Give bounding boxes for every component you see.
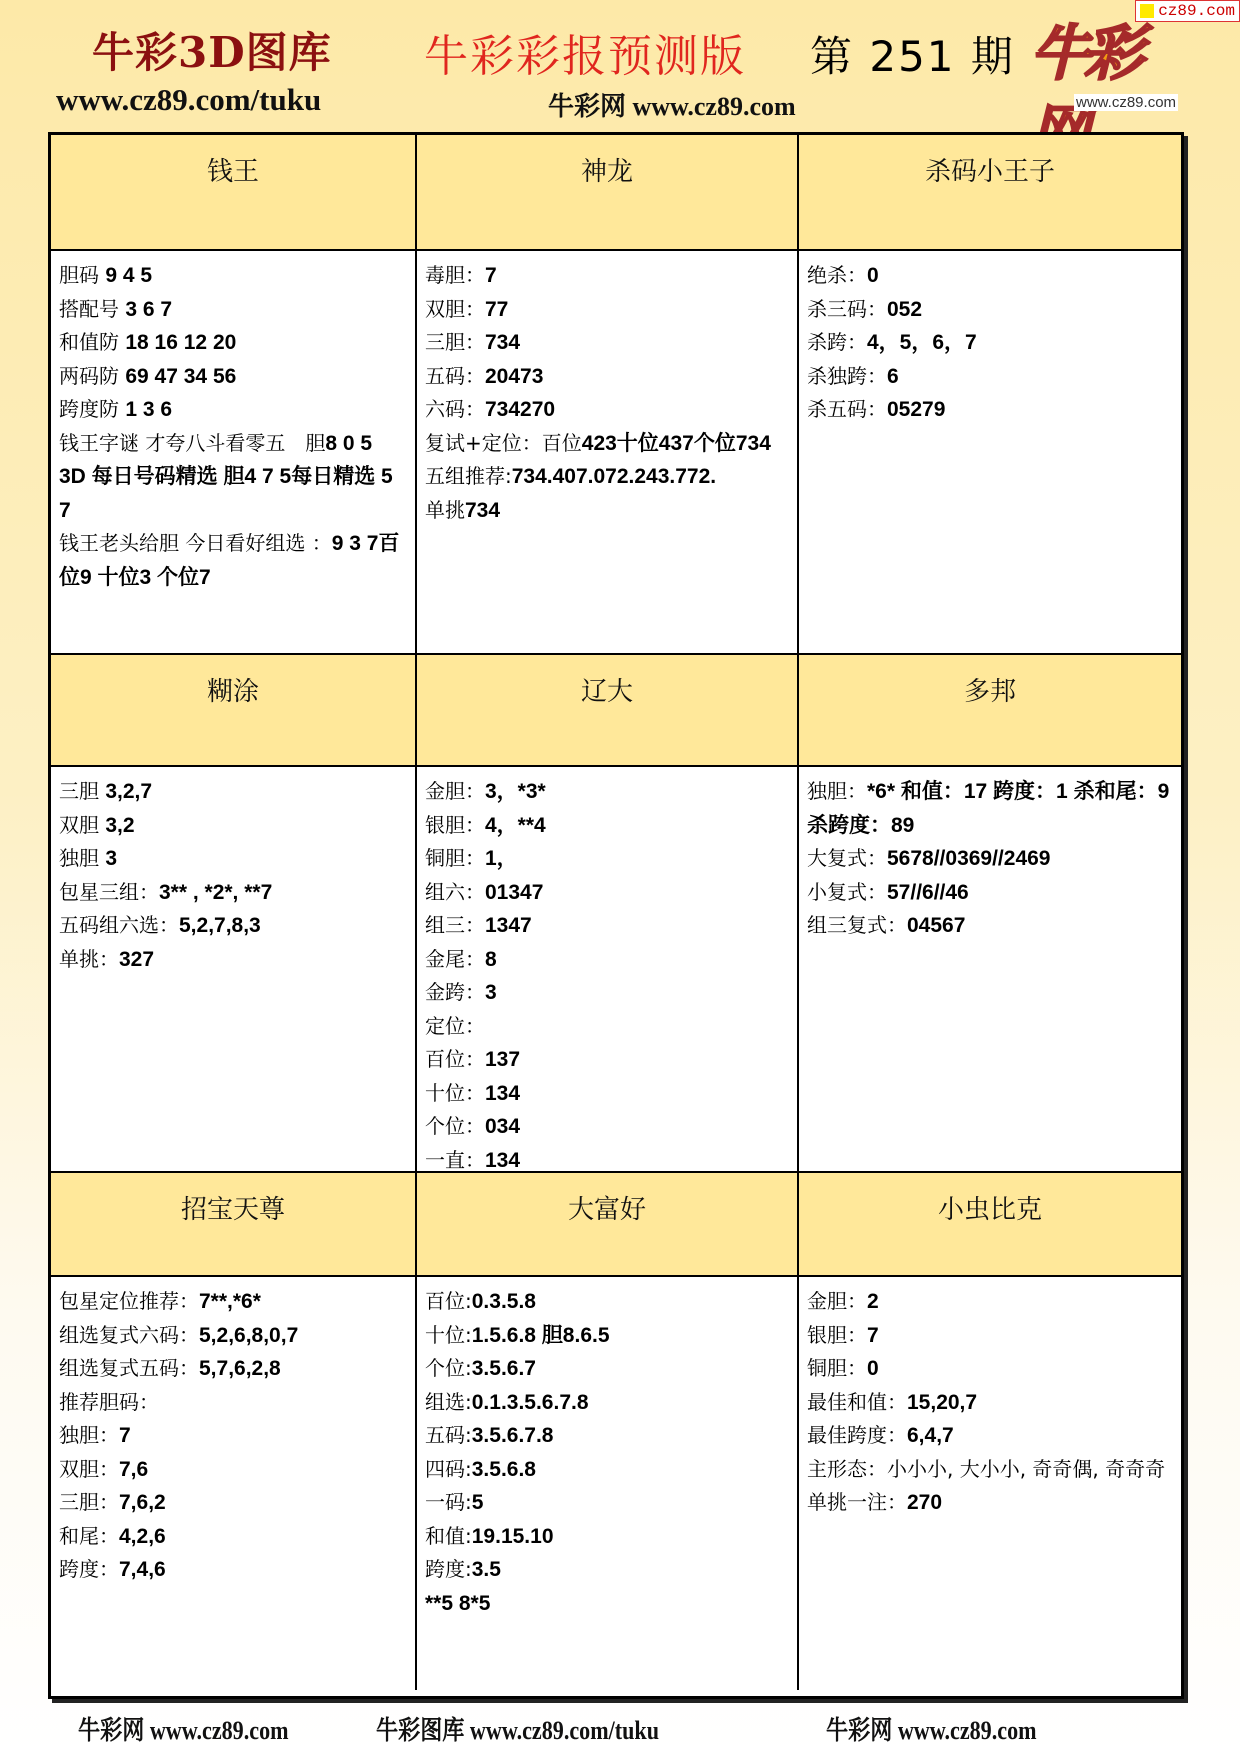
prediction-line: 和尾：4,2,6	[59, 1520, 409, 1554]
prediction-line: 百位：137	[425, 1043, 791, 1077]
prediction-label: 百位:	[425, 1289, 472, 1313]
prediction-value: 734270	[485, 398, 555, 421]
prediction-value: 05279	[887, 398, 945, 421]
prediction-value: 327	[119, 948, 154, 971]
prediction-line: 双胆：77	[425, 293, 791, 327]
table-body-row: 三胆 3,2,7双胆 3,2独胆 3包星三组：3** , *2*, **7五码组…	[51, 767, 1181, 1173]
prediction-label: 三胆	[59, 779, 105, 803]
prediction-line: 双胆 3,2	[59, 809, 409, 843]
prediction-label: 跨度:	[425, 1557, 472, 1581]
prediction-label: 独胆：	[807, 779, 867, 803]
page-header: 牛彩3D图库 www.cz89.com/tuku 牛彩彩报预测版 牛彩网 www…	[0, 0, 1240, 125]
expert-name: 辽大	[417, 671, 797, 708]
expert-name: 糊涂	[51, 671, 415, 708]
prediction-value: **5 8*5	[425, 1592, 490, 1615]
issue-number: 第 251 期	[810, 24, 1015, 84]
prediction-value: 3.5.6.7.8	[472, 1424, 554, 1447]
prediction-value: 5	[472, 1491, 484, 1514]
prediction-value: 4,2,6	[119, 1525, 166, 1548]
expert-name: 小虫比克	[799, 1189, 1181, 1226]
prediction-value: 423十位437个位734	[582, 432, 771, 455]
prediction-label: 胆码	[59, 263, 105, 287]
prediction-label: 五码组六选：	[59, 913, 179, 937]
brand-url-link[interactable]: www.cz89.com/tuku	[56, 82, 321, 118]
prediction-table: 钱王 神龙 杀码小王子 胆码 9 4 5搭配号 3 6 7和值防 18 16 1…	[48, 132, 1184, 1699]
prediction-label: 单挑：	[59, 947, 119, 971]
prediction-value: 7,6	[119, 1458, 148, 1481]
prediction-value: 1347	[485, 914, 532, 937]
prediction-value: 20473	[485, 365, 543, 388]
prediction-line: 和值:19.15.10	[425, 1520, 791, 1554]
prediction-value: 8	[485, 948, 497, 971]
prediction-line: 和值防 18 16 12 20	[59, 326, 409, 360]
prediction-cell: 独胆：*6* 和值：17 跨度：1 杀和尾：9 杀跨度：89大复式：5678//…	[799, 767, 1181, 1173]
prediction-label: 十位:	[425, 1323, 472, 1347]
prediction-value: 8 0 5	[325, 432, 372, 455]
prediction-label: 独胆：	[59, 1423, 119, 1447]
prediction-line: 组选复式六码：5,2,6,8,0,7	[59, 1319, 409, 1353]
footer-link-right[interactable]: 牛彩网 www.cz89.com	[826, 1710, 1037, 1747]
prediction-line: 定位：	[425, 1010, 791, 1044]
page-footer: 牛彩网 www.cz89.com 牛彩图库 www.cz89.com/tuku …	[0, 1700, 1240, 1754]
prediction-line: 绝杀：0	[807, 259, 1175, 293]
prediction-cell: 百位:0.3.5.8十位:1.5.6.8 胆8.6.5个位:3.5.6.7组选:…	[417, 1277, 799, 1690]
prediction-line: 钱王老头给胆 今日看好组选 ：9 3 7百位9 十位3 个位7	[59, 527, 409, 594]
column-header: 大富好	[417, 1173, 799, 1277]
prediction-line: 3D 每日号码精选 胆4 7 5每日精选 5 7	[59, 460, 409, 527]
prediction-line: 小复式：57//6//46	[807, 876, 1175, 910]
prediction-line: 组三：1347	[425, 909, 791, 943]
prediction-line: 跨度防 1 3 6	[59, 393, 409, 427]
prediction-value: 5678//0369//2469	[887, 847, 1051, 870]
prediction-value: 5,2,6,8,0,7	[199, 1324, 298, 1347]
prediction-value: 7,4,6	[119, 1558, 166, 1581]
prediction-value: 3	[105, 847, 117, 870]
prediction-value: 1.5.6.8 胆8.6.5	[472, 1324, 610, 1347]
prediction-value: 7,6,2	[119, 1491, 166, 1514]
prediction-label: 定位：	[425, 1014, 485, 1038]
prediction-value: 734	[465, 499, 500, 522]
prediction-label: 毒胆：	[425, 263, 485, 287]
prediction-line: 两码防 69 47 34 56	[59, 360, 409, 394]
prediction-line: 组六：01347	[425, 876, 791, 910]
prediction-value: 3,2,7	[105, 780, 152, 803]
expert-name: 招宝天尊	[51, 1189, 415, 1226]
table-body-row: 胆码 9 4 5搭配号 3 6 7和值防 18 16 12 20两码防 69 4…	[51, 251, 1181, 655]
watermark-badge: cz89.com	[1135, 0, 1240, 22]
prediction-label: 双胆：	[59, 1457, 119, 1481]
prediction-label: 四码:	[425, 1457, 472, 1481]
prediction-line: 推荐胆码：	[59, 1386, 409, 1420]
prediction-label: 组选:	[425, 1390, 472, 1414]
prediction-label: 搭配号	[59, 297, 125, 321]
prediction-label: 组三复式：	[807, 913, 907, 937]
prediction-label: 单挑	[425, 498, 465, 522]
column-header: 辽大	[417, 655, 799, 767]
table-header-row: 钱王 神龙 杀码小王子	[51, 135, 1181, 251]
prediction-label: 跨度：	[59, 1557, 119, 1581]
prediction-line: 三胆：734	[425, 326, 791, 360]
brand-title: 牛彩3D图库	[92, 20, 332, 80]
prediction-label: 杀跨：	[807, 330, 867, 354]
prediction-label: 双胆：	[425, 297, 485, 321]
prediction-value: 77	[485, 298, 508, 321]
prediction-line: 十位：134	[425, 1077, 791, 1111]
prediction-value: 4，5，6，7	[867, 331, 977, 354]
prediction-line: 最佳跨度：6,4,7	[807, 1419, 1175, 1453]
prediction-label: 最佳跨度：	[807, 1423, 907, 1447]
prediction-cell: 毒胆：7双胆：77三胆：734五码：20473六码：734270复试+定位：百位…	[417, 251, 799, 655]
prediction-label: 百位：	[425, 1047, 485, 1071]
prediction-label: 一码:	[425, 1490, 472, 1514]
prediction-line: 五码组六选：5,2,7,8,3	[59, 909, 409, 943]
footer-link-middle[interactable]: 牛彩图库 www.cz89.com/tuku	[376, 1710, 659, 1747]
prediction-label: 跨度防	[59, 397, 125, 421]
prediction-line: 银胆：7	[807, 1319, 1175, 1353]
prediction-label: 大复式：	[807, 846, 887, 870]
prediction-line: 单挑：327	[59, 943, 409, 977]
prediction-value: 57//6//46	[887, 881, 969, 904]
prediction-line: 杀跨：4，5，6，7	[807, 326, 1175, 360]
prediction-value: 137	[485, 1048, 520, 1071]
column-header: 多邦	[799, 655, 1181, 767]
logo-url: www.cz89.com	[1074, 94, 1178, 111]
prediction-value: 3** , *2*, **7	[159, 881, 272, 904]
prediction-cell: 金胆：3，*3*银胆：4，**4铜胆：1，组六：01347组三：1347金尾：8…	[417, 767, 799, 1173]
prediction-line: 毒胆：7	[425, 259, 791, 293]
prediction-line: 三胆 3,2,7	[59, 775, 409, 809]
column-header: 糊涂	[51, 655, 417, 767]
prediction-value: 3.5.6.7	[472, 1357, 536, 1380]
prediction-line: 包星定位推荐：7**,*6*	[59, 1285, 409, 1319]
prediction-value: 0	[867, 264, 879, 287]
prediction-label: 双胆	[59, 813, 105, 837]
prediction-line: 杀五码：05279	[807, 393, 1175, 427]
prediction-value: 134	[485, 1082, 520, 1105]
expert-name: 钱王	[51, 151, 415, 188]
prediction-label: 五码:	[425, 1423, 472, 1447]
column-header: 小虫比克	[799, 1173, 1181, 1277]
prediction-line: 大复式：5678//0369//2469	[807, 842, 1175, 876]
prediction-label: 最佳和值：	[807, 1390, 907, 1414]
prediction-value: 034	[485, 1115, 520, 1138]
prediction-label: 和值防	[59, 330, 125, 354]
prediction-value: 18 16 12 20	[125, 331, 236, 354]
column-header: 招宝天尊	[51, 1173, 417, 1277]
prediction-value: 1 3 6	[125, 398, 172, 421]
prediction-line: 跨度：7,4,6	[59, 1553, 409, 1587]
prediction-line: **5 8*5	[425, 1587, 791, 1621]
prediction-value: 7	[119, 1424, 131, 1447]
prediction-cell: 包星定位推荐：7**,*6*组选复式六码：5,2,6,8,0,7组选复式五码：5…	[51, 1277, 417, 1690]
prediction-value: 3，*3*	[485, 780, 546, 803]
prediction-line: 胆码 9 4 5	[59, 259, 409, 293]
prediction-line: 独胆：7	[59, 1419, 409, 1453]
prediction-line: 搭配号 3 6 7	[59, 293, 409, 327]
prediction-line: 单挑734	[425, 494, 791, 528]
prediction-cell: 金胆：2银胆：7铜胆：0最佳和值：15,20,7最佳跨度：6,4,7主形态：小小…	[799, 1277, 1181, 1690]
prediction-line: 杀独跨：6	[807, 360, 1175, 394]
prediction-label: 两码防	[59, 364, 125, 388]
prediction-label: 杀独跨：	[807, 364, 887, 388]
prediction-label: 一直：	[425, 1148, 485, 1172]
prediction-line: 包星三组：3** , *2*, **7	[59, 876, 409, 910]
prediction-label: 独胆	[59, 846, 105, 870]
prediction-line: 复试+定位：百位423十位437个位734	[425, 427, 791, 461]
prediction-line: 双胆：7,6	[59, 1453, 409, 1487]
prediction-value: 6	[887, 365, 899, 388]
table-header-row: 招宝天尊 大富好 小虫比克	[51, 1173, 1181, 1277]
prediction-label: 银胆：	[425, 813, 485, 837]
prediction-value: 3	[485, 981, 497, 1004]
prediction-line: 百位:0.3.5.8	[425, 1285, 791, 1319]
prediction-label: 复试+定位：百位	[425, 431, 582, 455]
prediction-line: 五码:3.5.6.7.8	[425, 1419, 791, 1453]
prediction-value: 3.5.6.8	[472, 1458, 536, 1481]
prediction-line: 金跨：3	[425, 976, 791, 1010]
prediction-line: 一直：134	[425, 1144, 791, 1178]
prediction-label: 十位：	[425, 1081, 485, 1105]
prediction-value: 052	[887, 298, 922, 321]
footer-link-left[interactable]: 牛彩网 www.cz89.com	[78, 1710, 289, 1747]
prediction-value: 270	[907, 1491, 942, 1514]
prediction-line: 组选复式五码：5,7,6,2,8	[59, 1352, 409, 1386]
prediction-line: 五码：20473	[425, 360, 791, 394]
column-header: 杀码小王子	[799, 135, 1181, 251]
prediction-value: 69 47 34 56	[125, 365, 236, 388]
prediction-label: 三胆：	[59, 1490, 119, 1514]
prediction-value: 9 4 5	[105, 264, 152, 287]
expert-name: 杀码小王子	[799, 151, 1181, 188]
prediction-line: 六码：734270	[425, 393, 791, 427]
site-logo[interactable]: 牛彩网 www.cz89.com	[1030, 14, 1190, 112]
prediction-label: 包星三组：	[59, 880, 159, 904]
prediction-line: 独胆：*6* 和值：17 跨度：1 杀和尾：9 杀跨度：89	[807, 775, 1175, 842]
prediction-value: 2	[867, 1290, 879, 1313]
prediction-value: 01347	[485, 881, 543, 904]
prediction-label: 单挑一注：	[807, 1490, 907, 1514]
prediction-label: 铜胆：	[807, 1356, 867, 1380]
expert-name: 神龙	[417, 151, 797, 188]
prediction-label: 金胆：	[425, 779, 485, 803]
prediction-line: 四码:3.5.6.8	[425, 1453, 791, 1487]
prediction-value: 134	[485, 1149, 520, 1172]
prediction-label: 包星定位推荐：	[59, 1289, 199, 1313]
prediction-line: 钱王字谜 才夸八斗看零五 胆8 0 5	[59, 427, 409, 461]
prediction-label: 组选复式六码：	[59, 1323, 199, 1347]
prediction-line: 杀三码：052	[807, 293, 1175, 327]
prediction-value: 3,2	[105, 814, 134, 837]
prediction-cell: 绝杀：0杀三码：052杀跨：4，5，6，7杀独跨：6杀五码：05279	[799, 251, 1181, 655]
prediction-label: 组三：	[425, 913, 485, 937]
prediction-value: 734.407.072.243.772.	[512, 465, 716, 488]
prediction-value: 3D 每日号码精选 胆4 7 5每日精选 5 7	[59, 465, 399, 522]
prediction-label: 银胆：	[807, 1323, 867, 1347]
prediction-value: 3.5	[472, 1558, 501, 1581]
prediction-line: 个位：034	[425, 1110, 791, 1144]
prediction-label: 三胆：	[425, 330, 485, 354]
prediction-line: 主形态：小小小, 大小小, 奇奇偶, 奇奇奇	[807, 1453, 1175, 1487]
prediction-line: 十位:1.5.6.8 胆8.6.5	[425, 1319, 791, 1353]
prediction-line: 三胆：7,6,2	[59, 1486, 409, 1520]
prediction-value: 7	[867, 1324, 879, 1347]
table-header-row: 糊涂 辽大 多邦	[51, 655, 1181, 767]
prediction-line: 铜胆：0	[807, 1352, 1175, 1386]
edition-title: 牛彩彩报预测版	[424, 20, 746, 84]
prediction-line: 跨度:3.5	[425, 1553, 791, 1587]
prediction-line: 一码:5	[425, 1486, 791, 1520]
prediction-line: 个位:3.5.6.7	[425, 1352, 791, 1386]
column-header: 神龙	[417, 135, 799, 251]
prediction-value: 1，	[485, 847, 518, 870]
prediction-label: 五组推荐:	[425, 464, 512, 488]
prediction-label: 金胆：	[807, 1289, 867, 1313]
prediction-label: 和尾：	[59, 1524, 119, 1548]
prediction-line: 金胆：3，*3*	[425, 775, 791, 809]
prediction-line: 最佳和值：15,20,7	[807, 1386, 1175, 1420]
prediction-line: 银胆：4，**4	[425, 809, 791, 843]
prediction-value: 0	[867, 1357, 879, 1380]
prediction-label: 金尾：	[425, 947, 485, 971]
prediction-label: 钱王老头给胆 今日看好组选 ：	[59, 531, 332, 555]
prediction-value: 6,4,7	[907, 1424, 954, 1447]
prediction-label: 铜胆：	[425, 846, 485, 870]
prediction-value: 04567	[907, 914, 965, 937]
prediction-value: 3 6 7	[125, 298, 172, 321]
site-url-link[interactable]: 牛彩网 www.cz89.com	[548, 86, 796, 123]
prediction-label: 钱王字谜 才夸八斗看零五 胆	[59, 431, 325, 455]
prediction-line: 组三复式：04567	[807, 909, 1175, 943]
prediction-line: 金胆：2	[807, 1285, 1175, 1319]
prediction-cell: 胆码 9 4 5搭配号 3 6 7和值防 18 16 12 20两码防 69 4…	[51, 251, 417, 655]
prediction-label: 个位:	[425, 1356, 472, 1380]
prediction-value: 5,2,7,8,3	[179, 914, 261, 937]
prediction-label: 杀五码：	[807, 397, 887, 421]
prediction-label: 组选复式五码：	[59, 1356, 199, 1380]
prediction-label: 金跨：	[425, 980, 485, 1004]
prediction-cell: 三胆 3,2,7双胆 3,2独胆 3包星三组：3** , *2*, **7五码组…	[51, 767, 417, 1173]
prediction-label: 小复式：	[807, 880, 887, 904]
prediction-value: 19.15.10	[472, 1525, 554, 1548]
prediction-label: 六码：	[425, 397, 485, 421]
prediction-value: 7	[485, 264, 497, 287]
prediction-line: 独胆 3	[59, 842, 409, 876]
prediction-label: 五码：	[425, 364, 485, 388]
prediction-value: 0.3.5.8	[472, 1290, 536, 1313]
prediction-value: 5,7,6,2,8	[199, 1357, 281, 1380]
prediction-line: 铜胆：1，	[425, 842, 791, 876]
expert-name: 多邦	[799, 671, 1181, 708]
prediction-label: 绝杀：	[807, 263, 867, 287]
prediction-label: 个位：	[425, 1114, 485, 1138]
prediction-label: 杀三码：	[807, 297, 887, 321]
prediction-label: 推荐胆码：	[59, 1390, 159, 1414]
prediction-value: 734	[485, 331, 520, 354]
prediction-value: 7**,*6*	[199, 1290, 261, 1313]
expert-name: 大富好	[417, 1189, 797, 1226]
prediction-line: 单挑一注：270	[807, 1486, 1175, 1520]
logo-icon: 牛彩网	[1030, 14, 1190, 94]
prediction-label: 主形态：小小小, 大小小, 奇奇偶, 奇奇奇	[807, 1457, 1165, 1481]
table-body-row: 包星定位推荐：7**,*6*组选复式六码：5,2,6,8,0,7组选复式五码：5…	[51, 1277, 1181, 1690]
prediction-line: 组选:0.1.3.5.6.7.8	[425, 1386, 791, 1420]
prediction-value: 0.1.3.5.6.7.8	[472, 1391, 589, 1414]
prediction-label: 组六：	[425, 880, 485, 904]
prediction-line: 金尾：8	[425, 943, 791, 977]
column-header: 钱王	[51, 135, 417, 251]
prediction-line: 五组推荐:734.407.072.243.772.	[425, 460, 791, 494]
prediction-label: 和值:	[425, 1524, 472, 1548]
prediction-value: 15,20,7	[907, 1391, 977, 1414]
prediction-value: 4，**4	[485, 814, 546, 837]
